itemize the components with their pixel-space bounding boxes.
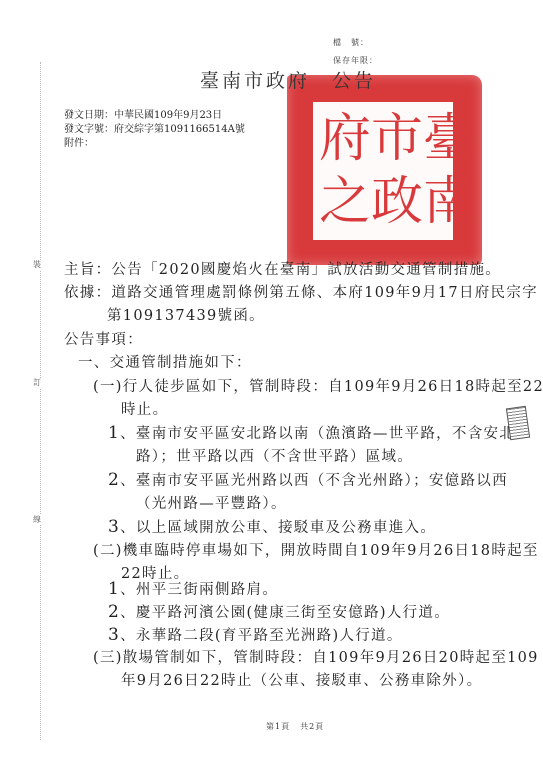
parking-item-2: 2、慶平路河濱公園(健康三街至安億路)人行道。	[108, 602, 450, 623]
seal-char: 府	[319, 108, 371, 171]
official-seal: 府 市 臺 之 政 南	[287, 75, 482, 265]
attachment-label: 附件：	[64, 137, 94, 150]
document-type: 公告	[332, 70, 376, 92]
subject-line: 主旨：公告「2020國慶焰火在臺南」試放活動交通管制措施。	[64, 260, 501, 280]
current-page: 第1頁	[266, 722, 290, 731]
subsection-dispersal-control: (三)散場管制如下，管制時段：自109年9月26日20時起至109	[93, 648, 539, 668]
binding-mark-zhuang: 裝	[33, 260, 41, 270]
parking-item-3: 3、永華路二段(育平路至光洲路)人行道。	[108, 625, 403, 646]
pedestrian-item-1: 1、臺南市安平區安北路以南（漁濱路—世平路，不含安北	[108, 423, 515, 444]
pedestrian-item-3: 3、以上區域開放公車、接駁車及公務車進入。	[108, 517, 436, 538]
seal-char: 之	[319, 171, 371, 234]
basis-line-continued: 第109137439號函。	[107, 306, 265, 326]
pedestrian-item-2: 2、臺南市安平區光州路以西（不含光州路）；安億路以西	[108, 470, 508, 491]
document-number: 發文字號：府交綜字第1091166514A號	[64, 123, 245, 136]
seal-char: 政	[371, 171, 423, 234]
document-title: 臺南市政府公告	[200, 66, 376, 93]
seal-char: 臺	[423, 108, 475, 171]
retention-period-label: 保存年限：	[333, 55, 378, 66]
announcement-items-heading: 公告事項：	[64, 330, 143, 350]
agency-name: 臺南市政府	[200, 70, 310, 92]
binding-mark-xian: 線	[33, 515, 41, 525]
binding-mark-ding: 訂	[33, 378, 41, 388]
section-one-heading: 一、交通管制措施如下：	[78, 353, 252, 373]
seam-stamp-icon	[506, 406, 530, 440]
subsection-dispersal-control-cont: 年9月26日22時止（公車、接駁車、公務車除外）。	[121, 671, 482, 691]
seal-inner-field: 府 市 臺 之 政 南	[313, 102, 453, 240]
subsection-scooter-parking: (二)機車臨時停車場如下，開放時間自109年9月26日18時起至	[93, 541, 539, 561]
pedestrian-item-1-cont: 路）；世平路以西（不含世平路）區域。	[136, 447, 413, 467]
subsection-pedestrian-zone: (一)行人徒步區如下，管制時段：自109年9月26日18時起至22	[93, 377, 543, 397]
binding-line	[40, 62, 41, 740]
seal-char: 市	[371, 108, 423, 171]
page-indicator: 第1頁共2頁	[266, 721, 324, 732]
file-number-label: 檔 號：	[333, 37, 369, 48]
seal-char: 南	[423, 171, 475, 234]
subsection-pedestrian-zone-cont: 時止。	[121, 400, 168, 420]
parking-item-1: 1、州平三街兩側路肩。	[108, 579, 278, 600]
basis-line: 依據：道路交通管理處罰條例第五條、本府109年9月17日府民宗字	[64, 283, 538, 303]
total-pages: 共2頁	[300, 722, 324, 731]
pedestrian-item-2-cont: （光州路—平豐路）。	[136, 494, 287, 514]
issue-date: 發文日期：中華民國109年9月23日	[64, 109, 222, 122]
